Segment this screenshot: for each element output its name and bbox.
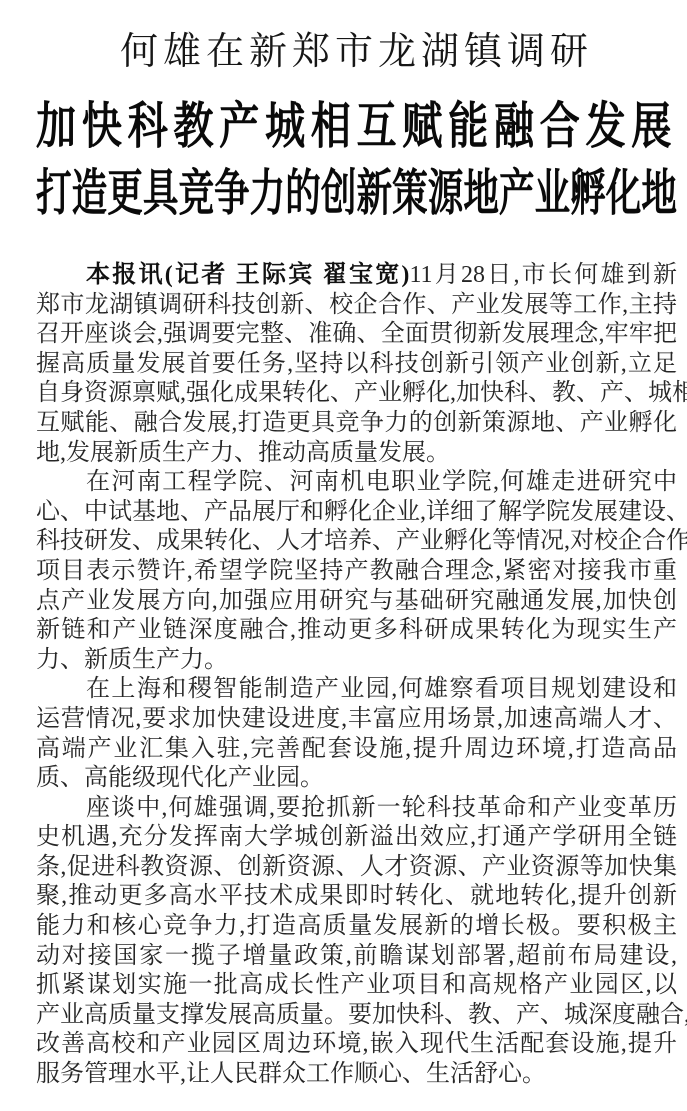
body-line: 能力和核心竞争力,打造高质量发展新的增长极。要积极主 — [36, 912, 677, 942]
body-line: 握高质量发展首要任务,坚持以科技创新引领产业创新,立足 — [36, 350, 677, 380]
headline-line-1: 加快科教产城相互赋能融合发展 — [36, 92, 677, 160]
body-line: 心、中试基地、产品展厅和孵化企业,详细了解学院发展建设、 — [36, 498, 677, 528]
body-line: 地,发展新质生产力、推动高质量发展。 — [36, 439, 677, 469]
body-line: 动对接国家一揽子增量政策,前瞻谋划部署,超前布局建设, — [36, 942, 677, 972]
headline-line-2: 打造更具竞争力的创新策源地产业孵化地 — [36, 160, 677, 226]
body-line: 项目表示赞许,希望学院坚持产教融合理念,紧密对接我市重 — [36, 557, 677, 587]
kicker-headline: 何雄在新郑市龙湖镇调研 — [36, 26, 677, 78]
body-line: 郑市龙湖镇调研科技创新、校企合作、产业发展等工作,主持 — [36, 291, 677, 321]
body-line: 抓紧谋划实施一批高成长性产业项目和高规格产业园区,以 — [36, 971, 677, 1001]
article: 何雄在新郑市龙湖镇调研 加快科教产城相互赋能融合发展 打造更具竞争力的创新策源地… — [36, 26, 677, 1090]
body-line: 改善高校和产业园区周边环境,嵌入现代生活配套设施,提升 — [36, 1030, 677, 1060]
body-line: 召开座谈会,强调要完整、准确、全面贯彻新发展理念,牢牢把 — [36, 320, 677, 350]
main-headline: 加快科教产城相互赋能融合发展 打造更具竞争力的创新策源地产业孵化地 — [36, 92, 677, 226]
body-line: 质、高能级现代化产业园。 — [36, 764, 677, 794]
body-line: 自身资源禀赋,强化成果转化、产业孵化,加快科、教、产、城相 — [36, 379, 677, 409]
body-line: 条,促进科教资源、创新资源、人才资源、产业资源等加快集 — [36, 853, 677, 883]
body-line: 新链和产业链深度融合,推动更多科研成果转化为现实生产 — [36, 616, 677, 646]
body-line: 史机遇,充分发挥南大学城创新溢出效应,打通产学研用全链 — [36, 823, 677, 853]
body-line: 本报讯(记者 王际宾 翟宝宽)11月28日,市长何雄到新 — [36, 261, 677, 291]
body-line: 互赋能、融合发展,打造更具竞争力的创新策源地、产业孵化 — [36, 409, 677, 439]
body-line: 服务管理水平,让人民群众工作顺心、生活舒心。 — [36, 1060, 677, 1090]
newspaper-clipping: 何雄在新郑市龙湖镇调研 加快科教产城相互赋能融合发展 打造更具竞争力的创新策源地… — [0, 0, 687, 1111]
body-line: 科技研发、成果转化、人才培养、产业孵化等情况,对校企合作 — [36, 527, 677, 557]
headline-line-1-text: 加快科教产城相互赋能融合发展 — [36, 92, 677, 160]
body-line: 运营情况,要求加快建设进度,丰富应用场景,加速高端人才、 — [36, 705, 677, 735]
body-line: 高端产业汇集入驻,完善配套设施,提升周边环境,打造高品 — [36, 735, 677, 765]
article-body: 本报讯(记者 王际宾 翟宝宽)11月28日,市长何雄到新郑市龙湖镇调研科技创新、… — [36, 261, 677, 1090]
body-line: 在上海和稷智能制造产业园,何雄察看项目规划建设和 — [36, 675, 677, 705]
body-line: 在河南工程学院、河南机电职业学院,何雄走进研究中 — [36, 468, 677, 498]
body-line: 座谈中,何雄强调,要抢抓新一轮科技革命和产业变革历 — [36, 794, 677, 824]
body-line: 产业高质量支撑发展高质量。要加快科、教、产、城深度融合, — [36, 1001, 677, 1031]
body-line: 力、新质生产力。 — [36, 646, 677, 676]
body-line: 点产业发展方向,加强应用研究与基础研究融通发展,加快创 — [36, 587, 677, 617]
headline-line-2-text: 打造更具竞争力的创新策源地产业孵化地 — [36, 160, 677, 226]
body-line: 聚,推动更多高水平技术成果即时转化、就地转化,提升创新 — [36, 882, 677, 912]
byline-lead: 本报讯(记者 王际宾 翟宝宽) — [86, 262, 409, 288]
